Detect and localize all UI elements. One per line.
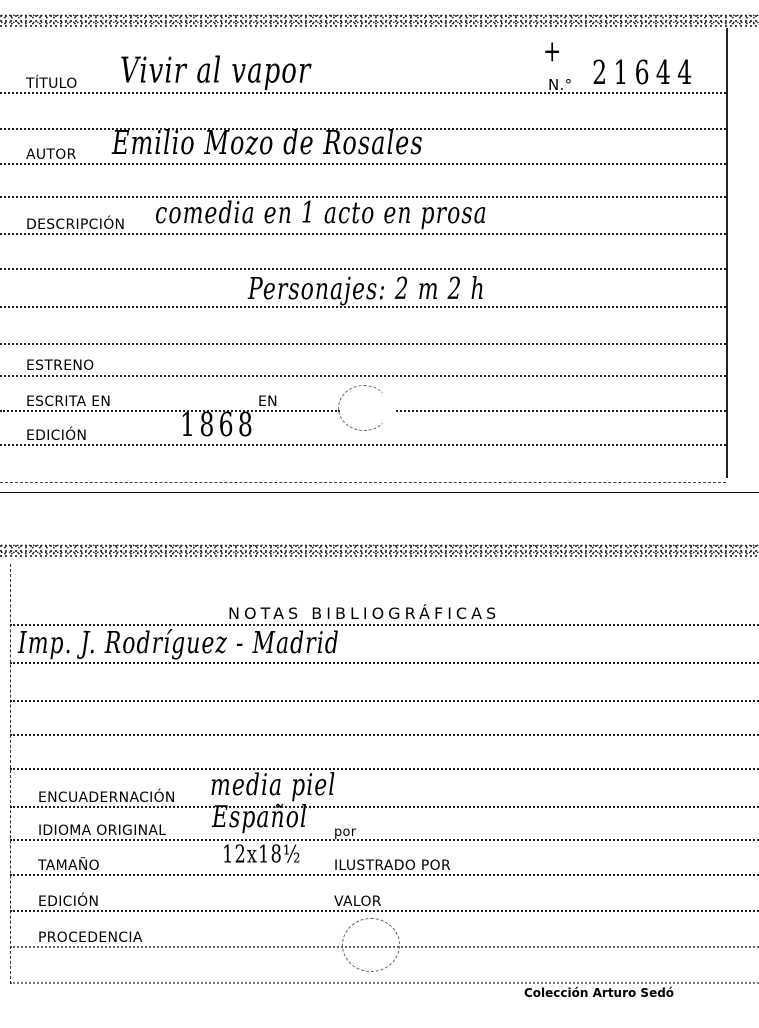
titulo-value: Vivir al vapor (120, 52, 311, 93)
encuadernacion-line (10, 806, 759, 808)
autor-line (0, 163, 726, 165)
personajes-value: Personajes: 2 m 2 h (248, 273, 486, 307)
stamp-mark (338, 385, 390, 431)
idioma-label: IDIOMA ORIGINAL (38, 823, 166, 839)
notas-line-3 (10, 734, 759, 736)
estreno-label: ESTRENO (26, 358, 94, 374)
blank-line (0, 268, 726, 270)
catalog-card-top: TÍTULO Vivir al vapor + N.° 21644 AUTOR … (0, 0, 759, 495)
tamano-label: TAMAÑO (38, 858, 100, 874)
catalog-card-bottom: NOTAS BIBLIOGRÁFICAS Imp. J. Rodríguez -… (0, 540, 759, 1028)
blank-line (0, 343, 726, 345)
autor-value: Emilio Mozo de Rosales (112, 124, 424, 162)
stamp-mark (342, 918, 400, 972)
titulo-label: TÍTULO (26, 76, 78, 92)
numero-mark: + (543, 35, 562, 69)
encuadernacion-label: ENCUADERNACIÓN (38, 790, 176, 806)
procedencia-label: PROCEDENCIA (38, 930, 143, 946)
personajes-line (0, 306, 726, 308)
estreno-line (0, 375, 726, 377)
descripcion-line (0, 233, 726, 235)
edicion-label: EDICIÓN (26, 428, 87, 444)
autor-label: AUTOR (26, 147, 77, 163)
escrita-en-line-right (396, 410, 726, 412)
en-label: EN (258, 394, 278, 410)
card-edge-texture (0, 14, 759, 28)
escrita-en-line (0, 410, 340, 412)
card-separator (0, 492, 759, 493)
idioma-line (10, 839, 759, 841)
notas-line-1 (10, 662, 759, 664)
notas-value: Imp. J. Rodríguez - Madrid (18, 627, 340, 661)
card-bottom-rule (0, 482, 726, 483)
notas-heading: NOTAS BIBLIOGRÁFICAS (228, 604, 500, 623)
valor-label: VALOR (334, 894, 382, 910)
descripcion-label: DESCRIPCIÓN (26, 217, 125, 233)
tamano-line (10, 874, 759, 876)
encuadernacion-value: media piel (210, 769, 336, 803)
notas-line-4 (10, 768, 759, 770)
descripcion-value: comedia en 1 acto en prosa (155, 197, 488, 231)
numero-value: 21644 (592, 54, 698, 92)
notas-line-2 (10, 700, 759, 702)
idioma-value: Español (212, 801, 308, 835)
collection-credit: Colección Arturo Sedó (524, 986, 674, 1000)
card-left-border (10, 564, 11, 984)
por-label: por (334, 825, 356, 840)
bottom-line (10, 982, 759, 984)
edicion-value: 1868 (180, 406, 257, 444)
card-edge-texture (0, 544, 759, 558)
tamano-value: 12x18½ (222, 841, 301, 869)
titulo-line (0, 92, 726, 94)
edicion-line (0, 444, 726, 446)
edicion2-label: EDICIÓN (38, 894, 99, 910)
escrita-en-label: ESCRITA EN (26, 394, 111, 410)
edicion2-line (10, 910, 759, 912)
notas-header-line (10, 624, 759, 626)
ilustrado-label: ILUSTRADO POR (334, 858, 451, 874)
card-right-border (726, 28, 728, 478)
